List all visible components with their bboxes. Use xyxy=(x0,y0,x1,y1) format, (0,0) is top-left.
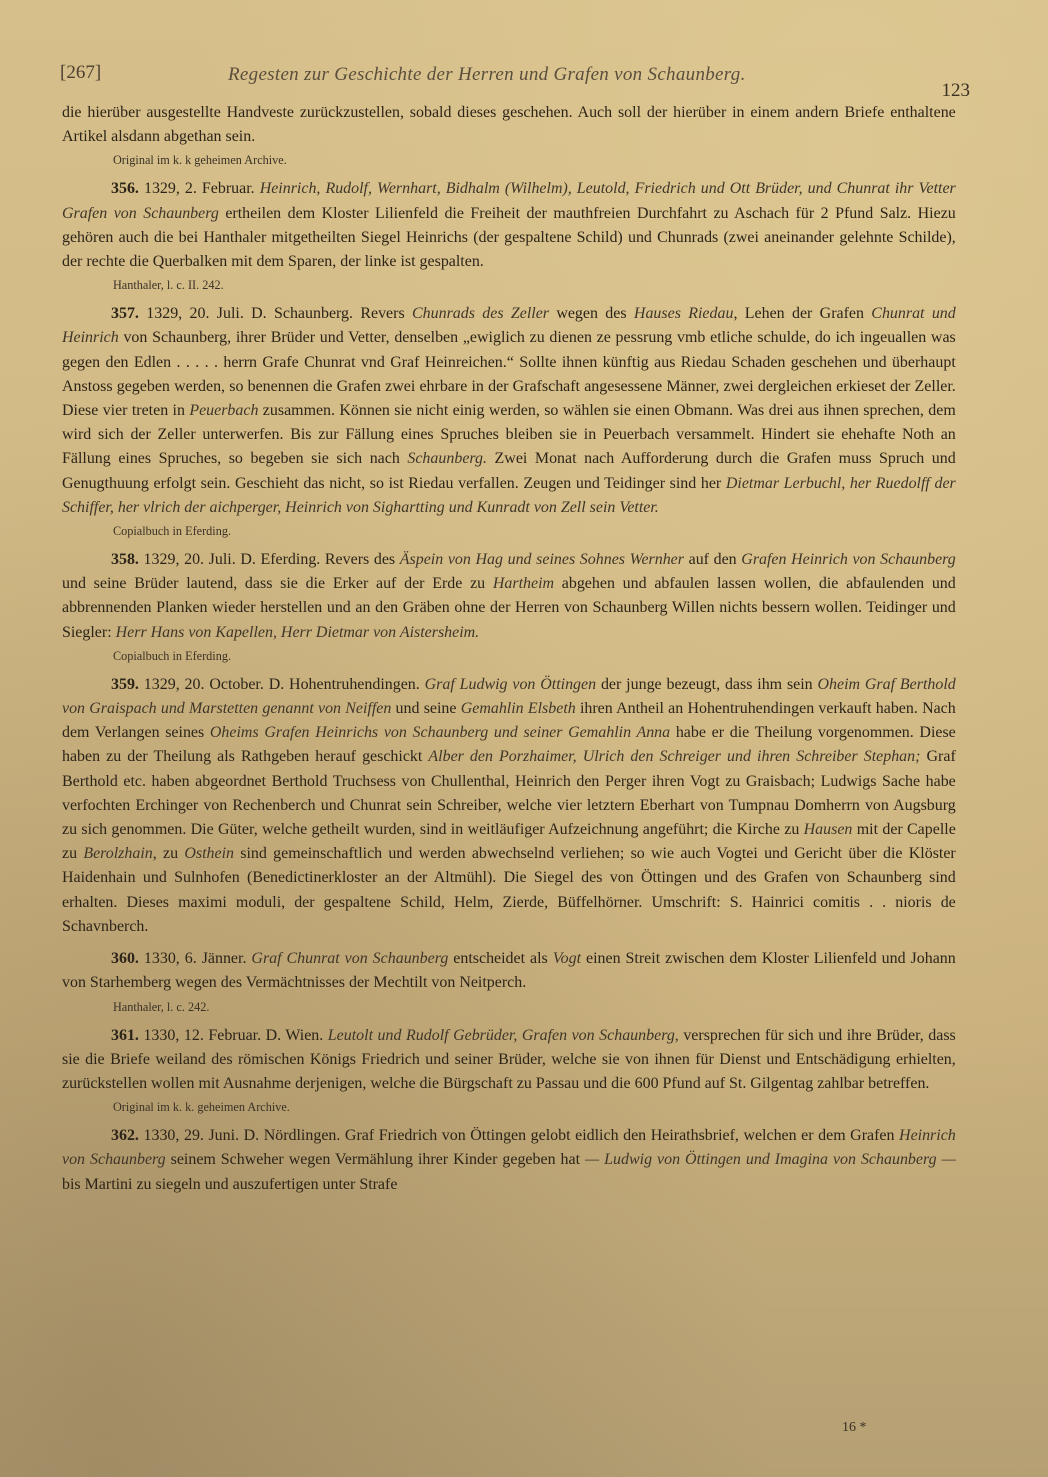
source-note: Copialbuch in Eferding. xyxy=(62,521,956,541)
italic-name: Herr Hans von Kapellen, Herr Dietmar von… xyxy=(116,622,480,641)
source-note: Original im k. k geheimen Archive. xyxy=(62,150,956,170)
entry-text: und seine Brüder lautend, dass sie die E… xyxy=(62,573,493,592)
italic-name: Gemahlin Elsbeth xyxy=(461,698,576,717)
running-title: Regesten zur Geschichte der Herren und G… xyxy=(228,64,746,86)
italic-name: Graf Chunrat von Schaunberg xyxy=(251,948,448,967)
italic-name: Oheims Grafen Heinrichs von Schaunberg u… xyxy=(210,722,670,741)
italic-name: Graf Ludwig von Öttingen xyxy=(425,674,596,693)
regest-entry: 356. 1329, 2. Februar. Heinrich, Rudolf,… xyxy=(62,176,956,273)
regest-entry: 359. 1329, 20. October. D. Hohentruhendi… xyxy=(62,672,956,938)
page-body: die hierüber ausgestellte Handveste zurü… xyxy=(62,100,956,1204)
running-header: [267] Regesten zur Geschichte der Herren… xyxy=(60,62,980,92)
italic-name: Peuerbach xyxy=(189,400,258,419)
italic-name: Hartheim xyxy=(493,573,554,592)
entry-number: 358. xyxy=(111,549,139,568)
entry-date-place: 1329, 20. Juli. D. Schaunberg. Revers xyxy=(139,303,412,322)
italic-name: Leutolt und Rudolf Gebrüder, Grafen von … xyxy=(328,1025,679,1044)
signature-mark: 16 * xyxy=(842,1420,867,1436)
entry-number: 360. xyxy=(111,948,139,967)
italic-name: Hauses Riedau xyxy=(634,303,734,322)
entry-date-place: 1330, 6. Jänner. xyxy=(139,948,251,967)
entry-text: der junge bezeugt, dass ihm sein xyxy=(596,674,817,693)
section-marker: [267] xyxy=(60,62,101,84)
entry-spacer xyxy=(62,938,956,946)
italic-name: Hausen xyxy=(804,819,853,838)
entry-text: bis Martini zu siegeln und auszufertigen… xyxy=(62,1174,397,1193)
continuation-paragraph: die hierüber ausgestellte Handveste zurü… xyxy=(62,100,956,148)
source-note: Hanthaler, l. c. 242. xyxy=(62,997,956,1017)
italic-name: Alber den Porzhaimer, Ulrich den Schreig… xyxy=(428,746,920,765)
regest-entry: 360. 1330, 6. Jänner. Graf Chunrat von S… xyxy=(62,946,956,994)
regest-entry: 357. 1329, 20. Juli. D. Schaunberg. Reve… xyxy=(62,301,956,519)
entry-text: , Lehen der Grafen xyxy=(733,303,871,322)
italic-name: Vogt xyxy=(553,948,581,967)
italic-name: Berolzhain xyxy=(83,843,152,862)
page-number: 123 xyxy=(942,80,971,102)
italic-name: Osthein xyxy=(184,843,234,862)
entry-text: wegen des xyxy=(549,303,634,322)
entry-text: seinem Schweher wegen Vermählung ihrer K… xyxy=(166,1149,585,1168)
entry-number: 361. xyxy=(111,1025,139,1044)
entry-number: 356. xyxy=(111,178,139,197)
italic-name: Äspein von Hag und seines Sohnes Wernher xyxy=(400,549,684,568)
entry-number: 357. xyxy=(111,303,139,322)
entry-text: und seine xyxy=(391,698,460,717)
entry-text: entscheidet als xyxy=(448,948,552,967)
entry-text: auf den xyxy=(684,549,741,568)
regest-entry: 361. 1330, 12. Februar. D. Wien. Leutolt… xyxy=(62,1023,956,1096)
entry-date-place: 1330, 12. Februar. D. Wien. xyxy=(139,1025,328,1044)
italic-name: — Ludwig von Öttingen und Imagina von Sc… xyxy=(585,1149,956,1168)
regesta-entries: 356. 1329, 2. Februar. Heinrich, Rudolf,… xyxy=(62,176,956,1203)
entry-number: 362. xyxy=(111,1125,139,1144)
entry-text: , zu xyxy=(153,843,185,862)
entry-spacer xyxy=(62,1196,956,1204)
entry-number: 359. xyxy=(111,674,139,693)
italic-name: Chunrads des Zeller xyxy=(412,303,549,322)
regest-entry: 358. 1329, 20. Juli. D. Eferding. Revers… xyxy=(62,547,956,644)
book-page: [267] Regesten zur Geschichte der Herren… xyxy=(0,0,1048,1477)
entry-date-place: 1329, 2. Februar. xyxy=(139,178,260,197)
italic-name: Schaunberg. xyxy=(407,448,487,467)
source-note: Copialbuch in Eferding. xyxy=(62,646,956,666)
entry-date-place: 1329, 20. October. D. Hohentruhendingen. xyxy=(139,674,425,693)
source-note: Hanthaler, l. c. II. 242. xyxy=(62,275,956,295)
italic-name: Grafen Heinrich von Schaunberg xyxy=(741,549,955,568)
source-note: Original im k. k. geheimen Archive. xyxy=(62,1097,956,1117)
entry-date-place: 1330, 29. Juni. D. Nördlingen. Graf Frie… xyxy=(139,1125,899,1144)
regest-entry: 362. 1330, 29. Juni. D. Nördlingen. Graf… xyxy=(62,1123,956,1196)
entry-date-place: 1329, 20. Juli. D. Eferding. Revers des xyxy=(139,549,400,568)
